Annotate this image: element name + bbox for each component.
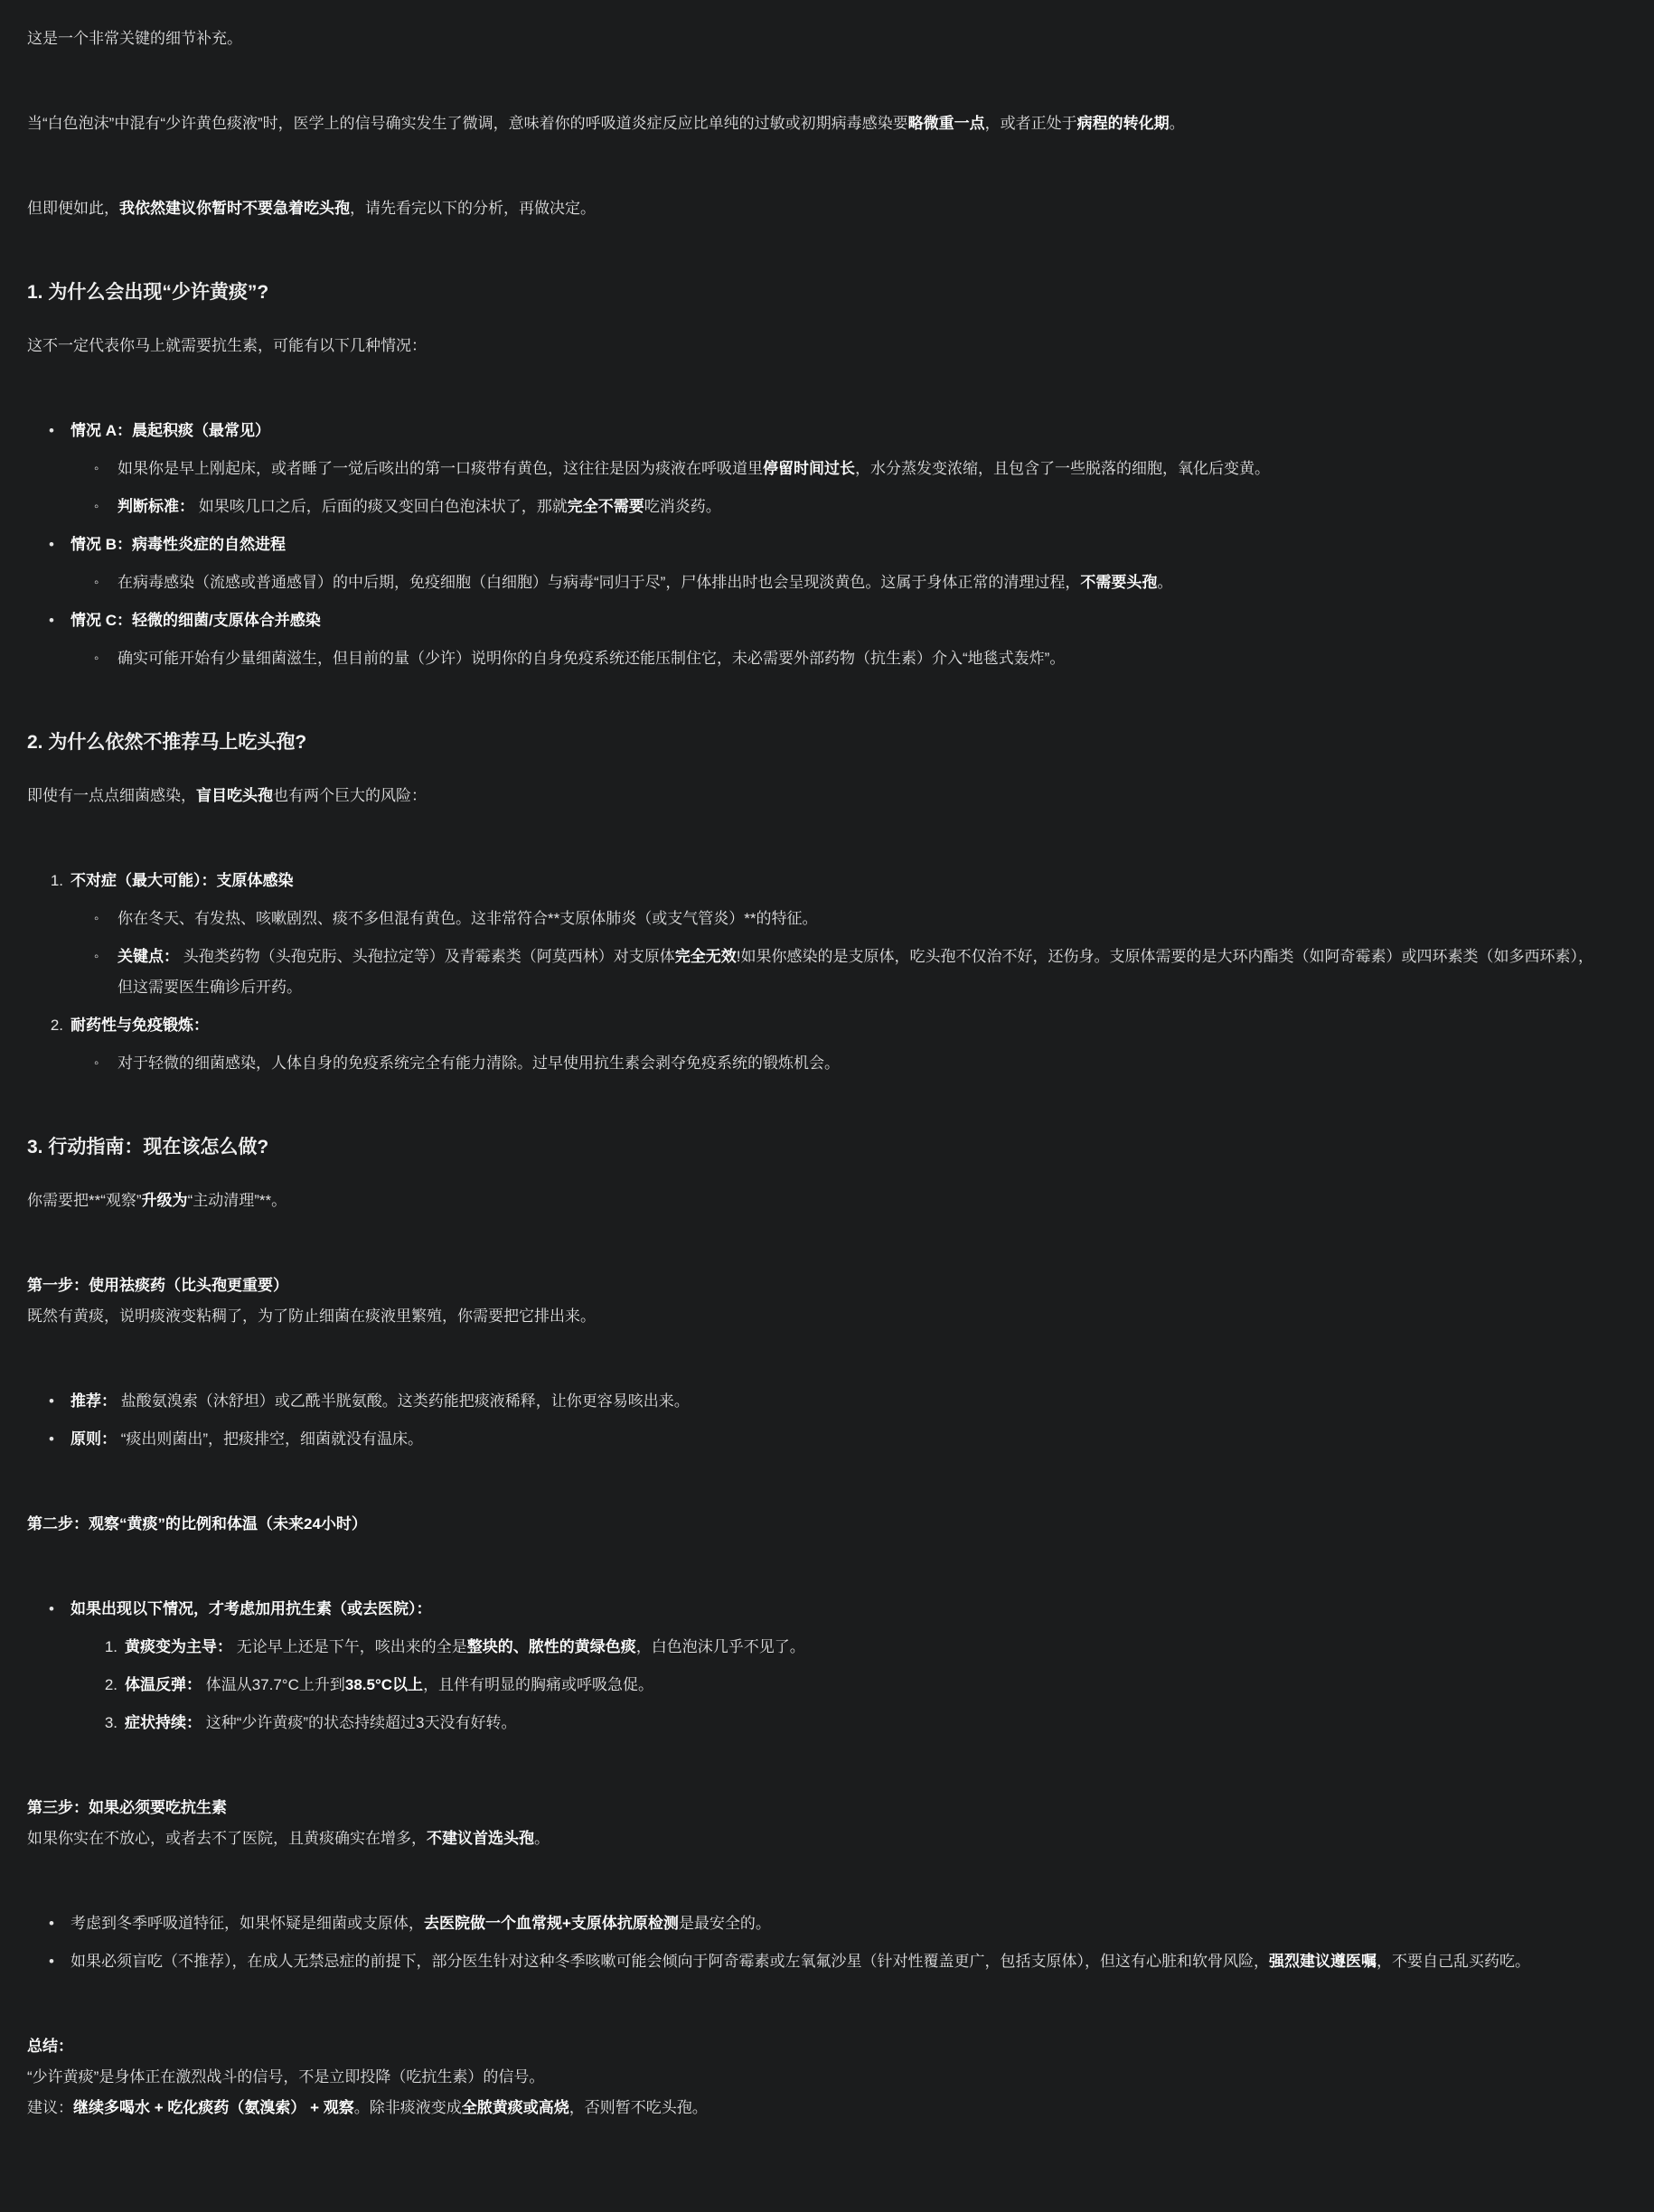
list-item-bold-text: 不对症（最大可能）：支原体感染 bbox=[70, 872, 294, 889]
bullet-list-level-2: ◦确实可能开始有少量细菌滋生，但目前的量（少许）说明你的自身免疫系统还能压制住它… bbox=[117, 643, 1607, 674]
list-item-bold-text: 黄痰变为主导： bbox=[125, 1638, 232, 1655]
list-item: ◦你在冬天、有发热、咳嗽剧烈、痰不多但混有黄色。这非常符合**支原体肺炎（或支气… bbox=[117, 904, 1607, 934]
list-number: 2. bbox=[34, 1010, 63, 1041]
bullet-list-level-1: •考虑到冬季呼吸道特征，如果怀疑是细菌或支原体，去医院做一个血常规+支原体抗原检… bbox=[70, 1908, 1607, 1977]
paragraph-bold-text: 全脓黄痰或高烧 bbox=[462, 2099, 569, 2116]
list-number: 1. bbox=[89, 1632, 117, 1663]
list-item: ◦对于轻微的细菌感染，人体自身的免疫系统完全有能力清除。过早使用抗生素会剥夺免疫… bbox=[117, 1048, 1607, 1079]
paragraph-bold-text: 总结： bbox=[27, 2038, 73, 2055]
list-item-bold-text: 体温反弹： bbox=[125, 1676, 202, 1693]
list-item: 1.黄痰变为主导： 无论早上还是下午，咳出来的全是整块的、脓性的黄绿色痰，白色泡… bbox=[125, 1632, 1607, 1663]
chat-response: 这是一个非常关键的细节补充。当“白色泡沫”中混有“少许黄色痰液”时，医学上的信号… bbox=[0, 0, 1654, 2151]
paragraph-text: 既然有黄痰，说明痰液变粘稠了，为了防止细菌在痰液里繁殖，你需要把它排出来。 bbox=[27, 1308, 596, 1325]
bullet-icon: • bbox=[49, 1386, 54, 1417]
list-item-bold-text: 情况 A：晨起积痰（最常见） bbox=[70, 422, 270, 439]
hollow-bullet-icon: ◦ bbox=[94, 942, 99, 972]
heading-text: 2. 为什么依然不推荐马上吃头孢? bbox=[27, 732, 306, 753]
list-item-bold-text: 强烈建议遵医嘱 bbox=[1269, 1953, 1377, 1970]
list-item: ◦判断标准： 如果咳几口之后，后面的痰又变回白色泡沫状了，那就完全不需要吃消炎药… bbox=[117, 492, 1607, 522]
paragraph-text: 这是一个非常关键的细节补充。 bbox=[27, 30, 242, 47]
paragraph-bold-text: 第一步：使用祛痰药（比头孢更重要） bbox=[27, 1277, 288, 1294]
list-item-text: 吃消炎药。 bbox=[644, 498, 721, 515]
list-item-bold-text: 完全无效 bbox=[675, 948, 737, 965]
bullet-list-level-2: ◦如果你是早上刚起床，或者睡了一觉后咳出的第一口痰带有黄色，这往往是因为痰液在呼… bbox=[117, 454, 1607, 522]
list-item: •情况 B：病毒性炎症的自然进程◦在病毒感染（流感或普通感冒）的中后期，免疫细胞… bbox=[70, 530, 1607, 598]
list-item-text: ，白色泡沫几乎不见了。 bbox=[636, 1638, 805, 1655]
list-item-bold-text: 完全不需要 bbox=[568, 498, 644, 515]
list-item-bold-text: 耐药性与免疫锻炼： bbox=[70, 1017, 209, 1034]
bullet-list-level-2: ◦对于轻微的细菌感染，人体自身的免疫系统完全有能力清除。过早使用抗生素会剥夺免疫… bbox=[117, 1048, 1607, 1079]
list-item-content: 对于轻微的细菌感染，人体自身的免疫系统完全有能力清除。过早使用抗生素会剥夺免疫系… bbox=[117, 1054, 840, 1072]
list-item-bold-text: 停留时间过长 bbox=[763, 460, 855, 477]
list-item-text: 盐酸氨溴索（沐舒坦）或乙酰半胱氨酸。这类药能把痰液稀释，让你更容易咳出来。 bbox=[117, 1392, 690, 1410]
list-item-text: 无论早上还是下午，咳出来的全是 bbox=[232, 1638, 467, 1655]
paragraph: 第二步：观察“黄痰”的比例和体温（未来24小时） bbox=[27, 1509, 1607, 1540]
list-item-text: 是最安全的。 bbox=[679, 1915, 771, 1932]
list-item-content: 症状持续： 这种“少许黄痰”的状态持续超过3天没有好转。 bbox=[125, 1714, 517, 1731]
list-item-content: 关键点： 头孢类药物（头孢克肟、头孢拉定等）及青霉素类（阿莫西林）对支原体完全无… bbox=[117, 948, 1593, 996]
list-number: 1. bbox=[34, 866, 63, 896]
list-item-bold-text: 情况 B：病毒性炎症的自然进程 bbox=[70, 536, 286, 553]
bullet-icon: • bbox=[49, 605, 54, 636]
paragraph-bold-text: 第三步：如果必须要吃抗生素 bbox=[27, 1799, 227, 1816]
paragraph-bold-text: 继续多喝水 + 吃化痰药（氨溴索） + 观察 bbox=[73, 2099, 354, 2116]
list-item-bold-text: 判断标准： bbox=[117, 498, 194, 515]
list-item-content: 如果你是早上刚起床，或者睡了一觉后咳出的第一口痰带有黄色，这往往是因为痰液在呼吸… bbox=[117, 460, 1270, 477]
list-item-content: 考虑到冬季呼吸道特征，如果怀疑是细菌或支原体，去医院做一个血常规+支原体抗原检测… bbox=[70, 1915, 771, 1932]
list-item-content: 原则： “痰出则菌出”，把痰排空，细菌就没有温床。 bbox=[70, 1430, 423, 1448]
section-heading: 2. 为什么依然不推荐马上吃头孢? bbox=[27, 728, 1607, 757]
list-item-text: 在病毒感染（流感或普通感冒）的中后期，免疫细胞（白细胞）与病毒“同归于尽”，尸体… bbox=[117, 574, 1080, 591]
bullet-list-level-1: •如果出现以下情况，才考虑加用抗生素（或去医院）：1.黄痰变为主导： 无论早上还… bbox=[70, 1594, 1607, 1739]
list-item-bold-text: 症状持续： bbox=[125, 1714, 202, 1731]
list-item: ◦关键点： 头孢类药物（头孢克肟、头孢拉定等）及青霉素类（阿莫西林）对支原体完全… bbox=[117, 942, 1607, 1003]
list-item-bold-text: 原则： bbox=[70, 1430, 117, 1448]
list-item-text: ，水分蒸发变浓缩，且包含了一些脱落的细胞，氧化后变黄。 bbox=[855, 460, 1270, 477]
list-item: ◦在病毒感染（流感或普通感冒）的中后期，免疫细胞（白细胞）与病毒“同归于尽”，尸… bbox=[117, 567, 1607, 598]
list-item-content: 确实可能开始有少量细菌滋生，但目前的量（少许）说明你的自身免疫系统还能压制住它，… bbox=[117, 650, 1065, 667]
list-item-bold-text: 不需要头孢 bbox=[1080, 574, 1157, 591]
list-item-content: 情况 B：病毒性炎症的自然进程 bbox=[70, 536, 286, 553]
hollow-bullet-icon: ◦ bbox=[94, 567, 99, 598]
list-item: •情况 A：晨起积痰（最常见）◦如果你是早上刚起床，或者睡了一觉后咳出的第一口痰… bbox=[70, 416, 1607, 522]
list-item: 1.不对症（最大可能）：支原体感染◦你在冬天、有发热、咳嗽剧烈、痰不多但混有黄色… bbox=[70, 866, 1607, 1003]
paragraph-text: 。除非痰液变成 bbox=[354, 2099, 462, 2116]
bullet-icon: • bbox=[49, 416, 54, 446]
heading-text: 3. 行动指南：现在该怎么做? bbox=[27, 1137, 268, 1158]
list-item: ◦确实可能开始有少量细菌滋生，但目前的量（少许）说明你的自身免疫系统还能压制住它… bbox=[117, 643, 1607, 674]
list-item: •情况 C：轻微的细菌/支原体合并感染◦确实可能开始有少量细菌滋生，但目前的量（… bbox=[70, 605, 1607, 674]
paragraph: 但即便如此，我依然建议你暂时不要急着吃头孢，请先看完以下的分析，再做决定。 bbox=[27, 193, 1607, 224]
list-item-text: ，不要自己乱买药吃。 bbox=[1377, 1953, 1530, 1970]
hollow-bullet-icon: ◦ bbox=[94, 454, 99, 484]
paragraph-text: ，否则暂不吃头孢。 bbox=[569, 2099, 708, 2116]
paragraph-text: 。 bbox=[1170, 115, 1185, 132]
list-item-text: 考虑到冬季呼吸道特征，如果怀疑是细菌或支原体， bbox=[70, 1915, 424, 1932]
paragraph-bold-text: 病程的转化期 bbox=[1077, 115, 1170, 132]
paragraph-text: 即使有一点点细菌感染， bbox=[27, 787, 196, 804]
bullet-list-level-1: •推荐： 盐酸氨溴索（沐舒坦）或乙酰半胱氨酸。这类药能把痰液稀释，让你更容易咳出… bbox=[70, 1386, 1607, 1455]
list-item: ◦如果你是早上刚起床，或者睡了一觉后咳出的第一口痰带有黄色，这往往是因为痰液在呼… bbox=[117, 454, 1607, 484]
list-item: •如果必须盲吃（不推荐），在成人无禁忌症的前提下，部分医生针对这种冬季咳嗽可能会… bbox=[70, 1946, 1607, 1977]
bullet-icon: • bbox=[49, 1594, 54, 1625]
paragraph-bold-text: 盲目吃头孢 bbox=[196, 787, 273, 804]
paragraph-text: 当“白色泡沫”中混有“少许黄色痰液”时，医学上的信号确实发生了微调，意味着你的呼… bbox=[27, 115, 908, 132]
paragraph: 这不一定代表你马上就需要抗生素，可能有以下几种情况： bbox=[27, 331, 1607, 361]
paragraph: 这是一个非常关键的细节补充。 bbox=[27, 23, 1607, 54]
list-item-text: “痰出则菌出”，把痰排空，细菌就没有温床。 bbox=[117, 1430, 423, 1448]
list-number: 3. bbox=[89, 1708, 117, 1739]
bullet-list-level-2: ◦在病毒感染（流感或普通感冒）的中后期，免疫细胞（白细胞）与病毒“同归于尽”，尸… bbox=[117, 567, 1607, 598]
bullet-icon: • bbox=[49, 1946, 54, 1977]
list-item-content: 如果必须盲吃（不推荐），在成人无禁忌症的前提下，部分医生针对这种冬季咳嗽可能会倾… bbox=[70, 1953, 1530, 1970]
paragraph-bold-text: 略微重一点 bbox=[908, 115, 985, 132]
list-item-bold-text: 如果出现以下情况，才考虑加用抗生素（或去医院）： bbox=[70, 1600, 432, 1617]
hollow-bullet-icon: ◦ bbox=[94, 904, 99, 934]
list-item-text: 确实可能开始有少量细菌滋生，但目前的量（少许）说明你的自身免疫系统还能压制住它，… bbox=[117, 650, 1065, 667]
section-heading: 1. 为什么会出现“少许黄痰”? bbox=[27, 278, 1607, 307]
list-item-content: 不对症（最大可能）：支原体感染 bbox=[70, 872, 294, 889]
paragraph: 当“白色泡沫”中混有“少许黄色痰液”时，医学上的信号确实发生了微调，意味着你的呼… bbox=[27, 108, 1607, 139]
paragraph-text: 。 bbox=[534, 1830, 550, 1847]
paragraph-text: “少许黄痰”是身体正在激烈战斗的信号，不是立即投降（吃抗生素）的信号。 bbox=[27, 2068, 544, 2085]
bullet-list-level-2: ◦你在冬天、有发热、咳嗽剧烈、痰不多但混有黄色。这非常符合**支原体肺炎（或支气… bbox=[117, 904, 1607, 1003]
list-item-text: 如果必须盲吃（不推荐），在成人无禁忌症的前提下，部分医生针对这种冬季咳嗽可能会倾… bbox=[70, 1953, 1269, 1970]
list-item-content: 耐药性与免疫锻炼： bbox=[70, 1017, 209, 1034]
section-heading: 3. 行动指南：现在该怎么做? bbox=[27, 1133, 1607, 1162]
list-item-bold-text: 去医院做一个血常规+支原体抗原检测 bbox=[424, 1915, 679, 1932]
paragraph: 第三步：如果必须要吃抗生素如果你实在不放心，或者去不了医院，且黄痰确实在增多，不… bbox=[27, 1793, 1607, 1854]
message-body: 这是一个非常关键的细节补充。当“白色泡沫”中混有“少许黄色痰液”时，医学上的信号… bbox=[27, 23, 1607, 2123]
paragraph-text: 建议： bbox=[27, 2099, 73, 2116]
hollow-bullet-icon: ◦ bbox=[94, 643, 99, 674]
list-item-content: 判断标准： 如果咳几口之后，后面的痰又变回白色泡沫状了，那就完全不需要吃消炎药。 bbox=[117, 498, 721, 515]
list-item-bold-text: 关键点： bbox=[117, 948, 179, 965]
heading-text: 1. 为什么会出现“少许黄痰”? bbox=[27, 282, 268, 303]
list-item-text: ，且伴有明显的胸痛或呼吸急促。 bbox=[423, 1676, 653, 1693]
bullet-icon: • bbox=[49, 530, 54, 560]
list-item-content: 情况 C：轻微的细菌/支原体合并感染 bbox=[70, 612, 321, 629]
list-item-text: 如果你是早上刚起床，或者睡了一觉后咳出的第一口痰带有黄色，这往往是因为痰液在呼吸… bbox=[117, 460, 763, 477]
hollow-bullet-icon: ◦ bbox=[94, 492, 99, 522]
list-item-text: 如果咳几口之后，后面的痰又变回白色泡沫状了，那就 bbox=[194, 498, 568, 515]
list-item-content: 在病毒感染（流感或普通感冒）的中后期，免疫细胞（白细胞）与病毒“同归于尽”，尸体… bbox=[117, 574, 1172, 591]
list-item-bold-text: 推荐： bbox=[70, 1392, 117, 1410]
list-item: •如果出现以下情况，才考虑加用抗生素（或去医院）：1.黄痰变为主导： 无论早上还… bbox=[70, 1594, 1607, 1739]
list-item-text: 。 bbox=[1157, 574, 1172, 591]
paragraph-text: 也有两个巨大的风险： bbox=[273, 787, 427, 804]
paragraph-bold-text: 不建议首选头孢 bbox=[427, 1830, 534, 1847]
list-item: 2.体温反弹： 体温从37.7°C上升到38.5°C以上，且伴有明显的胸痛或呼吸… bbox=[125, 1670, 1607, 1701]
paragraph-text: 如果你实在不放心，或者去不了医院，且黄痰确实在增多， bbox=[27, 1830, 427, 1847]
list-item: •推荐： 盐酸氨溴索（沐舒坦）或乙酰半胱氨酸。这类药能把痰液稀释，让你更容易咳出… bbox=[70, 1386, 1607, 1417]
numbered-list-level-1: 1.不对症（最大可能）：支原体感染◦你在冬天、有发热、咳嗽剧烈、痰不多但混有黄色… bbox=[70, 866, 1607, 1079]
list-item-content: 你在冬天、有发热、咳嗽剧烈、痰不多但混有黄色。这非常符合**支原体肺炎（或支气管… bbox=[117, 910, 817, 927]
list-item: •原则： “痰出则菌出”，把痰排空，细菌就没有温床。 bbox=[70, 1424, 1607, 1455]
bullet-icon: • bbox=[49, 1908, 54, 1939]
list-item-content: 如果出现以下情况，才考虑加用抗生素（或去医院）： bbox=[70, 1600, 432, 1617]
numbered-list-level-2: 1.黄痰变为主导： 无论早上还是下午，咳出来的全是整块的、脓性的黄绿色痰，白色泡… bbox=[125, 1632, 1607, 1739]
list-item-bold-text: 整块的、脓性的黄绿色痰 bbox=[467, 1638, 636, 1655]
paragraph-text: “主动清理”**。 bbox=[188, 1192, 287, 1209]
paragraph-text: ，或者正处于 bbox=[985, 115, 1077, 132]
list-number: 2. bbox=[89, 1670, 117, 1701]
paragraph-text: 但即便如此， bbox=[27, 200, 119, 217]
hollow-bullet-icon: ◦ bbox=[94, 1048, 99, 1079]
list-item-text: 你在冬天、有发热、咳嗽剧烈、痰不多但混有黄色。这非常符合**支原体肺炎（或支气管… bbox=[117, 910, 817, 927]
paragraph-bold-text: 升级为 bbox=[142, 1192, 188, 1209]
list-item-text: 体温从37.7°C上升到 bbox=[202, 1676, 345, 1693]
paragraph-bold-text: 第二步：观察“黄痰”的比例和体温（未来24小时） bbox=[27, 1515, 367, 1532]
list-item: 2.耐药性与免疫锻炼：◦对于轻微的细菌感染，人体自身的免疫系统完全有能力清除。过… bbox=[70, 1010, 1607, 1079]
list-item-text: 这种“少许黄痰”的状态持续超过3天没有好转。 bbox=[202, 1714, 517, 1731]
paragraph-text: 这不一定代表你马上就需要抗生素，可能有以下几种情况： bbox=[27, 337, 427, 354]
list-item-content: 体温反弹： 体温从37.7°C上升到38.5°C以上，且伴有明显的胸痛或呼吸急促… bbox=[125, 1676, 653, 1693]
paragraph-bold-text: 我依然建议你暂时不要急着吃头孢 bbox=[119, 200, 350, 217]
paragraph-text: ，请先看完以下的分析，再做决定。 bbox=[350, 200, 596, 217]
list-item-content: 推荐： 盐酸氨溴索（沐舒坦）或乙酰半胱氨酸。这类药能把痰液稀释，让你更容易咳出来… bbox=[70, 1392, 690, 1410]
list-item-bold-text: 38.5°C以上 bbox=[345, 1676, 423, 1693]
list-item: 3.症状持续： 这种“少许黄痰”的状态持续超过3天没有好转。 bbox=[125, 1708, 1607, 1739]
paragraph-text: 你需要把**“观察” bbox=[27, 1192, 142, 1209]
list-item-text: 头孢类药物（头孢克肟、头孢拉定等）及青霉素类（阿莫西林）对支原体 bbox=[179, 948, 675, 965]
paragraph: 总结：“少许黄痰”是身体正在激烈战斗的信号，不是立即投降（吃抗生素）的信号。建议… bbox=[27, 2031, 1607, 2123]
list-item-content: 情况 A：晨起积痰（最常见） bbox=[70, 422, 270, 439]
paragraph: 你需要把**“观察”升级为“主动清理”**。 bbox=[27, 1186, 1607, 1216]
list-item: •考虑到冬季呼吸道特征，如果怀疑是细菌或支原体，去医院做一个血常规+支原体抗原检… bbox=[70, 1908, 1607, 1939]
bullet-icon: • bbox=[49, 1424, 54, 1455]
bullet-list-level-1: •情况 A：晨起积痰（最常见）◦如果你是早上刚起床，或者睡了一觉后咳出的第一口痰… bbox=[70, 416, 1607, 674]
list-item-text: 对于轻微的细菌感染，人体自身的免疫系统完全有能力清除。过早使用抗生素会剥夺免疫系… bbox=[117, 1054, 840, 1072]
list-item-bold-text: 情况 C：轻微的细菌/支原体合并感染 bbox=[70, 612, 321, 629]
paragraph: 第一步：使用祛痰药（比头孢更重要）既然有黄痰，说明痰液变粘稠了，为了防止细菌在痰… bbox=[27, 1270, 1607, 1332]
list-item-content: 黄痰变为主导： 无论早上还是下午，咳出来的全是整块的、脓性的黄绿色痰，白色泡沫几… bbox=[125, 1638, 805, 1655]
paragraph: 即使有一点点细菌感染，盲目吃头孢也有两个巨大的风险： bbox=[27, 781, 1607, 811]
